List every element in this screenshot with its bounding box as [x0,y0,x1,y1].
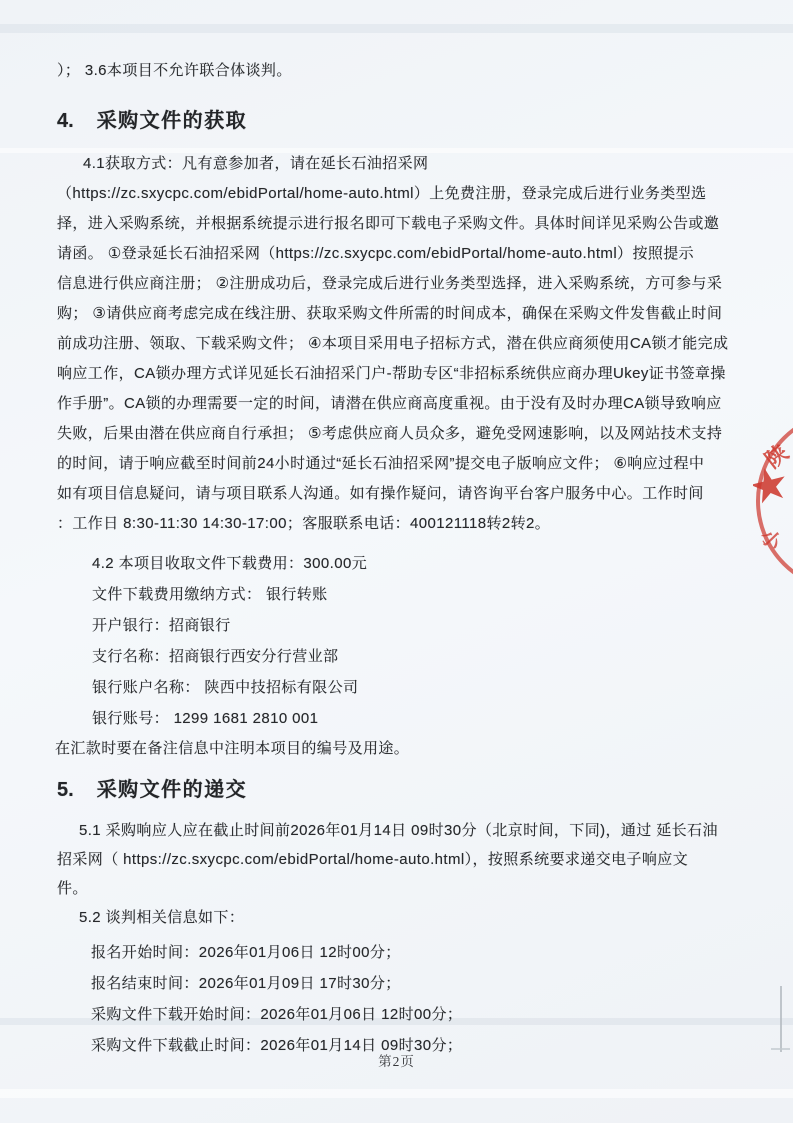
text-line: 文件下载费用缴纳方式： 银行转账 [57,579,747,610]
text-line: 招采网（ https://zc.sxycpc.com/ebidPortal/ho… [57,845,747,874]
text-line: 件。 [57,874,747,903]
scan-artifact-tick [771,1048,790,1050]
text-line: 失败，后果由潜在供应商自行承担； ⑤考虑供应商人员众多，避免受网速影响，以及网站… [57,419,747,449]
section-4-number: 4. [57,110,74,132]
clause-3-6-line: ）； 3.6本项目不允许联合体谈判。 [57,59,292,80]
seal-star-icon: ★ [753,458,793,513]
scan-artifact-vertical-line [780,986,782,1052]
clause-5-2-schedule-list: 报名开始时间：2026年01月06日 12时00分；报名结束时间：2026年01… [57,937,747,1061]
text-line: （https://zc.sxycpc.com/ebidPortal/home-a… [57,179,747,209]
page-number-footer: 第2页 [0,1050,793,1070]
section-5-title: 采购文件的递交 [97,779,248,801]
text-line: 择，进入采购系统，并根据系统提示进行报名即可下载电子采购文件。具体时间详见采购公… [57,209,747,239]
text-line: 的时间，请于响应截至时间前24小时通过“延长石油招采网”提交电子版响应文件； ⑥… [57,449,747,479]
text-line: 5.1 采购响应人应在截止时间前2026年01月14日 09时30分（北京时间，… [57,816,747,845]
text-line: 4.1获取方式：凡有意参加者，请在延长石油招采网 [57,149,747,179]
remittance-note-line: 在汇款时要在备注信息中注明本项目的编号及用途。 [55,737,409,758]
seal-partial-glyph: 小 [755,521,790,556]
section-4-title: 采购文件的获取 [97,110,248,132]
text-line: 支行名称：招商银行西安分行营业部 [57,641,747,672]
scanned-document-page: ）； 3.6本项目不允许联合体谈判。 4.采购文件的获取 4.1获取方式：凡有意… [0,0,793,1123]
red-seal-stamp: 陕 ★ 小 [753,418,793,576]
clause-4-1-paragraph: 4.1获取方式：凡有意参加者，请在延长石油招采网（https://zc.sxyc… [57,149,747,539]
section-5-number: 5. [57,779,74,801]
seal-circle-arc [756,418,793,576]
text-line: 银行账号： 1299 1681 2810 001 [57,703,747,734]
clause-4-2-fee-block: 4.2 本项目收取文件下载费用：300.00元文件下载费用缴纳方式： 银行转账开… [57,548,747,734]
text-line: 响应工作，CA锁办理方式详见延长石油招采门户-帮助专区“非招标系统供应商办理Uk… [57,359,747,389]
scan-artifact-band [0,24,793,33]
seal-character-shaan: 陕 [758,437,793,475]
section-5-heading: 5.采购文件的递交 [57,773,247,802]
text-line: 信息进行供应商注册； ②注册成功后，登录完成后进行业务类型选择，进入采购系统，方… [57,269,747,299]
text-line: 作手册”。CA锁的办理需要一定的时间，请潜在供应商高度重视。由于没有及时办理CA… [57,389,747,419]
text-line: 请函。 ①登录延长石油招采网（https://zc.sxycpc.com/ebi… [57,239,747,269]
text-line: ：工作日 8:30-11:30 14:30-17:00；客服联系电话：40012… [57,509,747,539]
text-line: 开户银行：招商银行 [57,610,747,641]
text-line: 银行账户名称： 陕西中技招标有限公司 [57,672,747,703]
section-4-heading: 4.采购文件的获取 [57,104,247,133]
text-line: 购； ③请供应商考虑完成在线注册、获取采购文件所需的时间成本，确保在采购文件发售… [57,299,747,329]
text-line: 4.2 本项目收取文件下载费用：300.00元 [57,548,747,579]
text-line: 如有项目信息疑问，请与项目联系人沟通。如有操作疑问，请咨询平台客户服务中心。工作… [57,479,747,509]
clause-5-2-intro-line: 5.2 谈判相关信息如下： [57,906,244,927]
text-line: 报名开始时间：2026年01月06日 12时00分； [57,937,747,968]
text-line: 报名结束时间：2026年01月09日 17时30分； [57,968,747,999]
scan-artifact-band [0,1089,793,1098]
clause-5-1-paragraph: 5.1 采购响应人应在截止时间前2026年01月14日 09时30分（北京时间，… [57,816,747,903]
text-line: 前成功注册、领取、下载采购文件； ④本项目采用电子招标方式，潜在供应商须使用CA… [57,329,747,359]
text-line: 采购文件下载开始时间：2026年01月06日 12时00分； [57,999,747,1030]
